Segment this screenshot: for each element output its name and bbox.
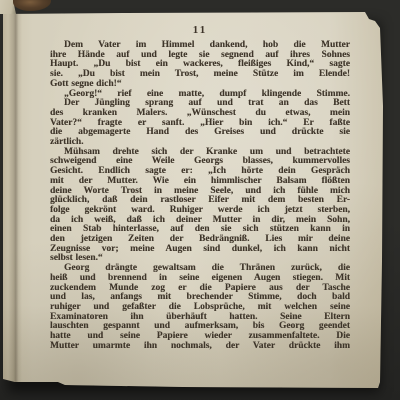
text-line: Mutter umarmte ihn nochmals, der Vater d… (50, 342, 350, 352)
text-line: die abgemagerte Hand des Greises und drü… (50, 128, 350, 138)
book-page: 11 Dem Vater im Himmel dankend, hob die … (3, 11, 383, 388)
page-number: 11 (50, 24, 350, 36)
binding-fragment (13, 0, 51, 11)
scan-background: 11 Dem Vater im Himmel dankend, hob die … (0, 0, 400, 400)
text-block: Dem Vater im Himmel dankend, hob die Mut… (50, 41, 350, 352)
gutter-shadow (8, 11, 22, 388)
